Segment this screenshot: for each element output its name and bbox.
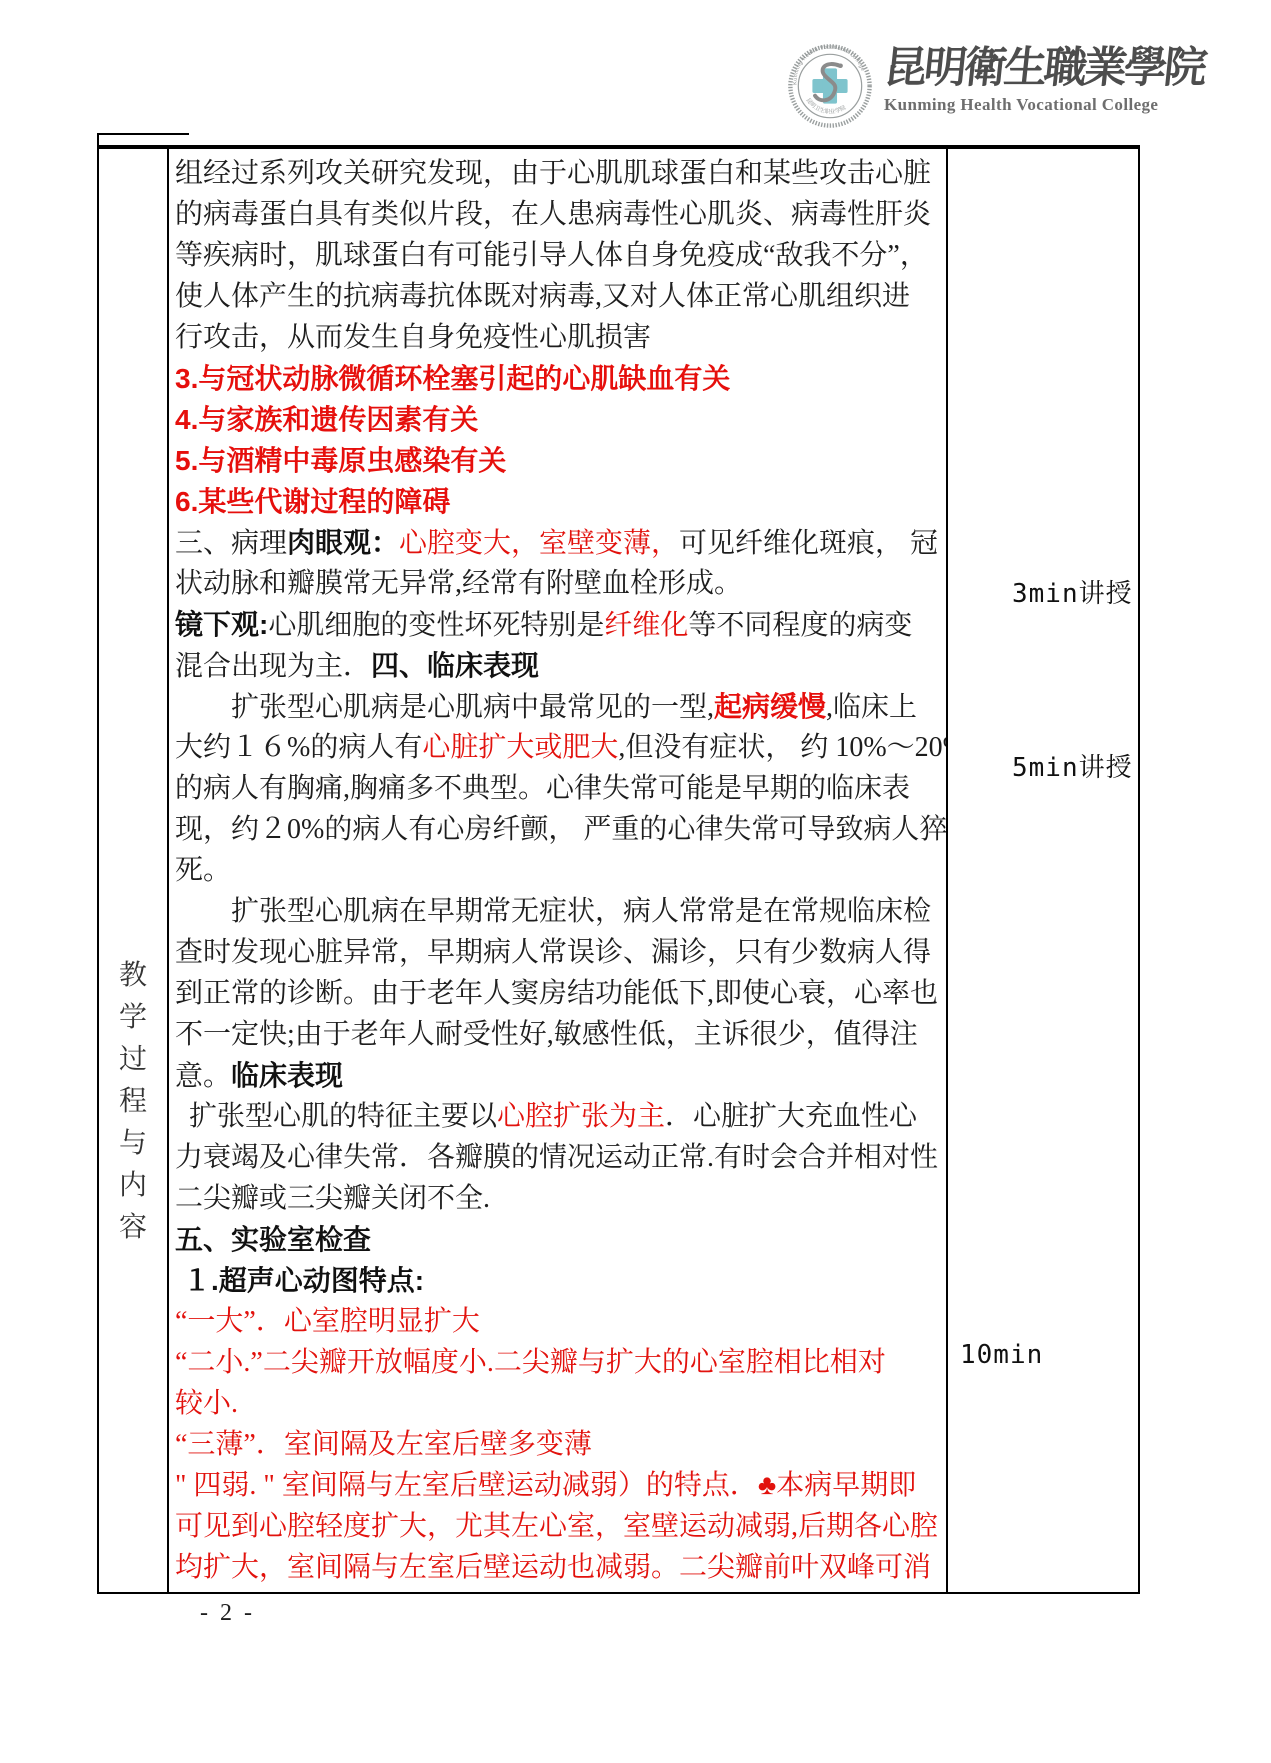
text-run: ,但没有症状， 约 10%～20% — [618, 732, 948, 763]
text-run: 状动脉和瓣膜常无异常,经常有附壁血栓形成。 — [175, 568, 742, 599]
text-run: ．心脏扩大充血性心 — [665, 1101, 917, 1132]
header: Kunming Health Vocational College 昆明卫生职业… — [786, 42, 1204, 130]
text-run: 扩张型心肌病在早期常无症状，病人常常是在常规临床检 — [231, 896, 931, 927]
text-run: 等疾病时，肌球蛋白有可能引导人体自身免疫成“敌我不分”， — [175, 240, 928, 271]
text-run: 肉眼观： — [287, 527, 399, 558]
time-annotation: 10min — [960, 1340, 1043, 1370]
text-run: 均扩大，室间隔与左室后壁运动也减弱。二尖瓣前叶双峰可消 — [175, 1552, 931, 1583]
text-run: “三薄”．室间隔及左室后壁多变薄 — [175, 1429, 592, 1460]
content-line: 混合出现为主．四、临床表现 — [175, 645, 940, 686]
text-run: １.超声心动图特点: — [183, 1265, 424, 1296]
time-annotation: 3min讲授 — [1012, 573, 1133, 610]
text-run: " 四弱. " 室间隔与左室后壁运动减弱）的特点．♣本病早期即 — [175, 1470, 916, 1501]
table-notch — [97, 133, 189, 145]
text-run: 扩张型心肌病是心肌病中最常见的一型, — [231, 692, 714, 723]
content-line: “一大”．心室腔明显扩大 — [175, 1301, 940, 1342]
text-run: 4.与家族和遗传因素有关 — [175, 404, 478, 435]
content-line: 4.与家族和遗传因素有关 — [175, 399, 940, 440]
content-line: 状动脉和瓣膜常无异常,经常有附壁血栓形成。 — [175, 563, 940, 604]
college-name-en: Kunming Health Vocational College — [884, 94, 1204, 116]
text-run: 临床表现 — [231, 1060, 343, 1091]
text-run: 较小. — [175, 1388, 238, 1419]
vertical-label-char: 程 — [119, 1087, 147, 1116]
content-line: １.超声心动图特点: — [175, 1260, 940, 1301]
text-run: 心脏扩大或肥大 — [422, 732, 618, 763]
vertical-label-char: 教 — [119, 961, 147, 990]
text-run: 到正常的诊断。由于老年人窦房结功能低下,即使心衰，心率也 — [175, 978, 938, 1009]
text-run: 纤维化 — [604, 610, 688, 641]
text-run: 查时发现心脏异常，早期病人常误诊、漏诊，只有少数病人得 — [175, 937, 931, 968]
vertical-label-char: 学 — [119, 1003, 147, 1032]
text-run: ,临床上 — [826, 692, 917, 723]
content-line: 使人体产生的抗病毒抗体既对病毒,又对人体正常心肌组织进 — [175, 276, 940, 317]
text-run: 起病缓慢 — [714, 691, 826, 722]
section-label-cell: 教学过程与内容 — [99, 149, 169, 1592]
text-run: 的病毒蛋白具有类似片段，在人患病毒性心肌炎、病毒性肝炎 — [175, 199, 931, 230]
text-run: 心腔变大，室壁变薄， — [399, 528, 679, 559]
content-line: 五、实验室检查 — [175, 1219, 940, 1260]
text-run: 四、临床表现 — [371, 650, 539, 681]
content-line: 6.某些代谢过程的障碍 — [175, 481, 940, 522]
text-run: 大约１６%的病人有 — [175, 732, 422, 763]
text-run: 二尖瓣或三尖瓣关闭不全. — [175, 1183, 490, 1214]
content-line: 大约１６%的病人有心脏扩大或肥大,但没有症状， 约 10%～20% — [175, 727, 940, 768]
content-line: 力衰竭及心律失常．各瓣膜的情况运动正常.有时会合并相对性 — [175, 1137, 940, 1178]
content-cell: 组经过系列攻关研究发现，由于心肌肌球蛋白和某些攻击心脏的病毒蛋白具有类似片段，在… — [169, 149, 948, 1592]
content-line: 行攻击，从而发生自身免疫性心肌损害 — [175, 317, 940, 358]
content-line: 现，约２0%的病人有心房纤颤， 严重的心律失常可导致病人猝 — [175, 809, 940, 850]
vertical-label: 教学过程与内容 — [99, 961, 167, 1242]
text-run: 扩张型心肌的特征主要以 — [189, 1101, 497, 1132]
content-line: 较小. — [175, 1383, 940, 1424]
college-seal-icon: Kunming Health Vocational College 昆明卫生职业… — [786, 42, 874, 130]
college-name-block: 昆明衛生職業學院 Kunming Health Vocational Colle… — [884, 42, 1204, 116]
timing-cell: 3min讲授5min讲授10min — [948, 149, 1138, 1592]
text-run: 等不同程度的病变 — [688, 610, 912, 641]
teaching-plan-page: Kunming Health Vocational College 昆明卫生职业… — [0, 0, 1271, 1763]
content-line: 不一定快;由于老年人耐受性好,敏感性低，主诉很少，值得注 — [175, 1014, 940, 1055]
content-line: 扩张型心肌病是心肌病中最常见的一型,起病缓慢,临床上 — [175, 686, 940, 727]
time-annotation: 5min讲授 — [1012, 747, 1133, 784]
content-line: " 四弱. " 室间隔与左室后壁运动减弱）的特点．♣本病早期即 — [175, 1465, 940, 1506]
text-run: 死。 — [175, 855, 231, 886]
text-run: 使人体产生的抗病毒抗体既对病毒,又对人体正常心肌组织进 — [175, 281, 910, 312]
content-line: 查时发现心脏异常，早期病人常误诊、漏诊，只有少数病人得 — [175, 932, 940, 973]
text-run: 心肌细胞的变性坏死特别是 — [268, 610, 604, 641]
vertical-label-char: 内 — [119, 1171, 147, 1200]
text-run: 意。 — [175, 1061, 231, 1092]
vertical-label-char: 过 — [119, 1045, 147, 1074]
content-line: 等疾病时，肌球蛋白有可能引导人体自身免疫成“敌我不分”， — [175, 235, 940, 276]
text-run: 心腔扩张为主 — [497, 1101, 665, 1132]
text-run: 可见到心腔轻度扩大，尤其左心室，室壁运动减弱,后期各心腔 — [175, 1511, 938, 1542]
content-line: 均扩大，室间隔与左室后壁运动也减弱。二尖瓣前叶双峰可消 — [175, 1547, 940, 1588]
vertical-label-char: 与 — [119, 1129, 147, 1158]
text-run: 组经过系列攻关研究发现，由于心肌肌球蛋白和某些攻击心脏 — [175, 158, 931, 189]
text-run: 力衰竭及心律失常．各瓣膜的情况运动正常.有时会合并相对性 — [175, 1142, 938, 1173]
content-line: 5.与酒精中毒原虫感染有关 — [175, 440, 940, 481]
page-number: - 2 - — [200, 1600, 255, 1627]
content-line: 组经过系列攻关研究发现，由于心肌肌球蛋白和某些攻击心脏 — [175, 153, 940, 194]
content-line: 意。临床表现 — [175, 1055, 940, 1096]
text-run: 三、病理 — [175, 528, 287, 559]
content-line: 扩张型心肌的特征主要以心腔扩张为主．心脏扩大充血性心 — [175, 1096, 940, 1137]
text-run: 现，约２0%的病人有心房纤颤， 严重的心律失常可导致病人猝 — [175, 814, 947, 845]
text-run: 的病人有胸痛,胸痛多不典型。心律失常可能是早期的临床表 — [175, 773, 910, 804]
college-name-zh: 昆明衛生職業學院 — [881, 44, 1206, 94]
text-run: 3.与冠状动脉微循环栓塞引起的心肌缺血有关 — [175, 363, 730, 394]
content-line: 的病毒蛋白具有类似片段，在人患病毒性心肌炎、病毒性肝炎 — [175, 194, 940, 235]
content-line: 可见到心腔轻度扩大，尤其左心室，室壁运动减弱,后期各心腔 — [175, 1506, 940, 1547]
content-line: 的病人有胸痛,胸痛多不典型。心律失常可能是早期的临床表 — [175, 768, 940, 809]
text-run: 镜下观: — [175, 609, 268, 640]
text-run: 五、实验室检查 — [175, 1224, 371, 1255]
content-line: 三、病理肉眼观：心腔变大，室壁变薄，可见纤维化斑痕， 冠 — [175, 522, 940, 563]
content-line: 3.与冠状动脉微循环栓塞引起的心肌缺血有关 — [175, 358, 940, 399]
lesson-plan-table: 教学过程与内容 组经过系列攻关研究发现，由于心肌肌球蛋白和某些攻击心脏的病毒蛋白… — [97, 145, 1140, 1594]
text-run: “二小.”二尖瓣开放幅度小.二尖瓣与扩大的心室腔相比相对 — [175, 1347, 886, 1378]
content-line: 扩张型心肌病在早期常无症状，病人常常是在常规临床检 — [175, 891, 940, 932]
content-line: 二尖瓣或三尖瓣关闭不全. — [175, 1178, 940, 1219]
text-run: 可见纤维化斑痕， 冠 — [679, 528, 938, 559]
content-line: “二小.”二尖瓣开放幅度小.二尖瓣与扩大的心室腔相比相对 — [175, 1342, 940, 1383]
text-run: “一大”．心室腔明显扩大 — [175, 1306, 480, 1337]
content-line: 镜下观:心肌细胞的变性坏死特别是纤维化等不同程度的病变 — [175, 604, 940, 645]
text-run: 混合出现为主． — [175, 651, 371, 682]
text-run: 5.与酒精中毒原虫感染有关 — [175, 445, 506, 476]
text-run: 不一定快;由于老年人耐受性好,敏感性低，主诉很少，值得注 — [175, 1019, 918, 1050]
content-line: “三薄”．室间隔及左室后壁多变薄 — [175, 1424, 940, 1465]
vertical-label-char: 容 — [119, 1213, 147, 1242]
text-run: 行攻击，从而发生自身免疫性心肌损害 — [175, 322, 651, 353]
content-line: 到正常的诊断。由于老年人窦房结功能低下,即使心衰，心率也 — [175, 973, 940, 1014]
text-run: 6.某些代谢过程的障碍 — [175, 486, 450, 517]
content-line: 死。 — [175, 850, 940, 891]
